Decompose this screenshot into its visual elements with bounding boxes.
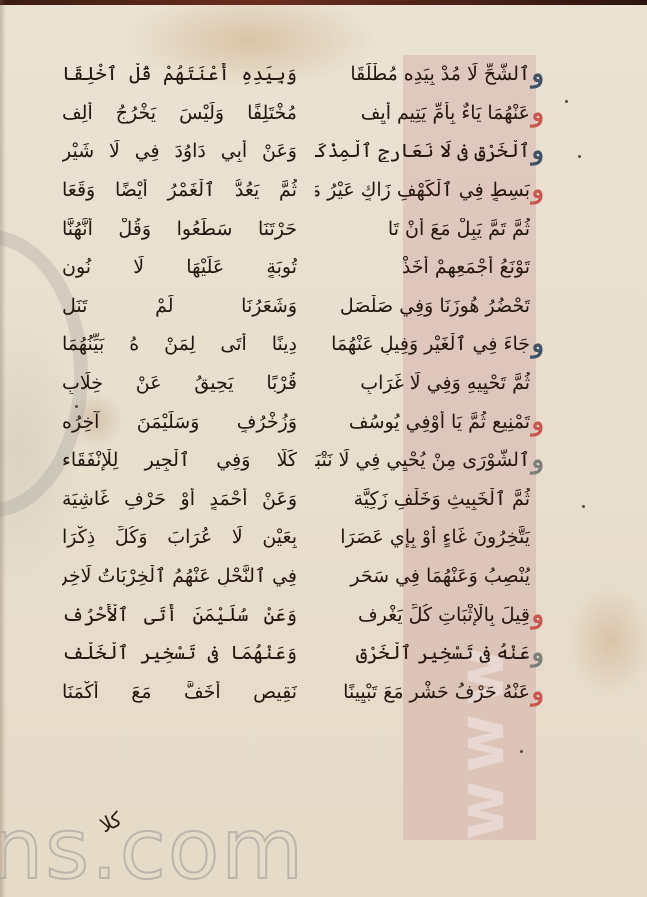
- left-hemistich: بِعَيْنِ لَا عُرَابَ وَكُلِّ ذِكْرَا: [62, 526, 297, 548]
- left-hemistich: وَعَنْ أَبِي دَاوُدَ فِي لَا شَيْر: [62, 140, 297, 162]
- rubric-waw-marker: و: [531, 445, 544, 475]
- verse-line: عَنْهُمَا يَاءٌ بِأُمِّ يَتِيمِ أَيِفمُخ…: [60, 94, 540, 133]
- right-hemistich: عَنْهُ فِي تَسْخِيرِ ٱلْخَرْق: [315, 642, 530, 664]
- rubric-waw-marker: و: [531, 638, 544, 668]
- left-hemistich: وَعَنْ سُلَيْمَنَ أَتَى ٱلْأَحْرُف: [62, 604, 297, 626]
- left-hemistich: نَقِيصٍ أَخَفَّ مَعَ أَكْمَنَا: [62, 681, 297, 703]
- left-hemistich: وَبِيَدِهِ أَعْنَتَهُمْ قُلْ ٱخْلِقَا: [62, 63, 297, 85]
- verse-line: تَمْنِيعٍ ثُمَّ يَا أَوْفِي يُوسُفوَزُخْ…: [60, 402, 540, 441]
- manuscript-page: www ٱلشُّحِّ لَا مُدْ بِيَدِه مُطْلَقَاو…: [0, 0, 647, 897]
- verse-line: بَسِطٍ فِي ٱلْكَهْفِ زَاكٍ عَيْرُ مَعَاث…: [60, 171, 540, 210]
- ink-speck: [582, 505, 585, 508]
- left-hemistich: وَشَعَرُنَا لَمْ تَنَل: [62, 295, 297, 317]
- ink-speck: [520, 750, 523, 753]
- binding-edge: [0, 0, 647, 5]
- right-hemistich: تَوْنَعُ أَجْمَعِهِمْ أَخَذْ: [315, 256, 530, 278]
- left-hemistich: ثُمَّ يَعُدُّ ٱلْغَمْرُ أَيْضًا وَقَعَا: [62, 179, 297, 201]
- right-hemistich: عَنْهُ حَرْفُ حَشْرٍ مَعَ تَبْيِينًا: [315, 681, 530, 703]
- verse-line: جَاءَ فِي ٱلْغَيْرِ وَفِيلٍ عَنْهُمَادِي…: [60, 325, 540, 364]
- ink-speck: [578, 155, 581, 158]
- verse-line: قِيلَ بِالْإِثْبَاتِ كُلِّ يَغْرِفوَعَنْ…: [60, 595, 540, 634]
- rubric-waw-marker: و: [531, 600, 544, 630]
- right-hemistich: تَحْضُرُ هُوزَنَا وَفِي صَلْصَل: [315, 295, 530, 317]
- right-hemistich: عَنْهُمَا يَاءٌ بِأُمِّ يَتِيمِ أَيِف: [315, 102, 530, 124]
- verse-line: عَنْهُ فِي تَسْخِيرِ ٱلْخَرْقوَعَنْهُمَا…: [60, 634, 540, 673]
- verse-line: تَوْنَعُ أَجْمَعِهِمْ أَخَذْتُوبَةٍ عَلَ…: [60, 248, 540, 287]
- verse-line: ٱلْخَرْقِ فِي لَا نَعَارِجِ ٱلْمِذْكَارو…: [60, 132, 540, 171]
- right-hemistich: ٱلْخَرْقِ فِي لَا نَعَارِجِ ٱلْمِذْكَار: [315, 140, 530, 162]
- right-hemistich: بَسِطٍ فِي ٱلْكَهْفِ زَاكٍ عَيْرُ مَعَا: [315, 179, 530, 201]
- left-hemistich: قُرْبًا يَحِيقُ عَنْ خِلَابِ: [62, 372, 297, 394]
- verse-block: ٱلشُّحِّ لَا مُدْ بِيَدِه مُطْلَقَاوَبِي…: [60, 55, 540, 711]
- verse-line: عَنْهُ حَرْفُ حَشْرٍ مَعَ تَبْيِينًانَقِ…: [60, 673, 540, 712]
- rubric-waw-marker: و: [531, 329, 544, 359]
- left-hemistich: وَزُخْرُفٍ وَسَلَيْمَنَ آخِرُه: [62, 411, 297, 433]
- left-hemistich: وَعَنْهُمَا فِي تَسْخِيرِ ٱلْخَلْف: [62, 642, 297, 664]
- right-hemistich: ٱلشُّوْرَى مِنْ يُحْيِي فِي لَا نَتْبَاء: [315, 449, 530, 471]
- verse-line: ٱلشُّوْرَى مِنْ يُحْيِي فِي لَا نَتْبَاء…: [60, 441, 540, 480]
- left-hemistich: دِينًا أَتَى لِمَنْ هُ بَيِّنُهُمَا: [62, 333, 297, 355]
- right-hemistich: يَتَّخِرُونَ غَاءٍ أَوْ بِإِي عَصَرَا: [315, 526, 530, 548]
- left-hemistich: حَرْتَنَا سَطَعُوا وَقُلْ أَنَّهُنَّا: [62, 218, 297, 240]
- rubric-waw-marker: و: [531, 59, 544, 89]
- verse-line: يُنْصِبُ وَعَنْهُمَا فِي سَحَرفِي ٱلنَّح…: [60, 557, 540, 596]
- right-hemistich: ثُمَّ ٱلْخَبِيثِ وَخَلْفِ زَكِيَّة: [315, 488, 530, 510]
- left-hemistich: كَلَّا وَفِي ٱلْجِيرِ لِلْإِنْفَقَاء: [62, 449, 297, 471]
- verse-line: ثُمَّ ٱلْخَبِيثِ وَخَلْفِ زَكِيَّةوَعَنْ…: [60, 480, 540, 519]
- left-hemistich: تُوبَةٍ عَلَيْهَا لَا نُون: [62, 256, 297, 278]
- ink-speck: [565, 100, 568, 103]
- verse-line: يَتَّخِرُونَ غَاءٍ أَوْ بِإِي عَصَرَابِع…: [60, 518, 540, 557]
- watermark-domain-text: ns.com: [0, 800, 305, 897]
- right-hemistich: جَاءَ فِي ٱلْغَيْرِ وَفِيلٍ عَنْهُمَا: [315, 333, 530, 355]
- verse-line: ثُمَّ تَمَّ يَبِلْ مَعَ أَنْ تَاحَرْتَنَ…: [60, 209, 540, 248]
- verse-line: ٱلشُّحِّ لَا مُدْ بِيَدِه مُطْلَقَاوَبِي…: [60, 55, 540, 94]
- ink-speck: [75, 405, 78, 408]
- right-hemistich: ثُمَّ تَحْيِيهِ وَفِي لَا غَرَابِ: [315, 372, 530, 394]
- rubric-waw-marker: و: [531, 98, 544, 128]
- right-hemistich: تَمْنِيعٍ ثُمَّ يَا أَوْفِي يُوسُف: [315, 411, 530, 433]
- right-hemistich: ٱلشُّحِّ لَا مُدْ بِيَدِه مُطْلَقَا: [315, 63, 530, 85]
- left-hemistich: وَعَنْ أَحْمَدٍ أَوْ حَرْفِ غَاشِيَة: [62, 488, 297, 510]
- left-hemistich: فِي ٱلنَّحْلِ عَنْهُمُ ٱلْخِرْبَاتُ لَاخ…: [62, 565, 297, 587]
- verse-line: تَحْضُرُ هُوزَنَا وَفِي صَلْصَلوَشَعَرُن…: [60, 287, 540, 326]
- rubric-waw-marker: و: [531, 677, 544, 707]
- right-hemistich: ثُمَّ تَمَّ يَبِلْ مَعَ أَنْ تَا: [315, 218, 530, 240]
- rubric-waw-marker: و: [531, 407, 544, 437]
- left-hemistich: مُخْتَلِفًا وَلَيْسَ يَخْرُجُ أَلِف: [62, 102, 297, 124]
- verse-line: ثُمَّ تَحْيِيهِ وَفِي لَا غَرَابِقُرْبًا…: [60, 364, 540, 403]
- rubric-waw-marker: و: [531, 136, 544, 166]
- right-hemistich: يُنْصِبُ وَعَنْهُمَا فِي سَحَر: [315, 565, 530, 587]
- rubric-waw-marker: و: [531, 175, 544, 205]
- right-hemistich: قِيلَ بِالْإِثْبَاتِ كُلِّ يَغْرِف: [315, 604, 530, 626]
